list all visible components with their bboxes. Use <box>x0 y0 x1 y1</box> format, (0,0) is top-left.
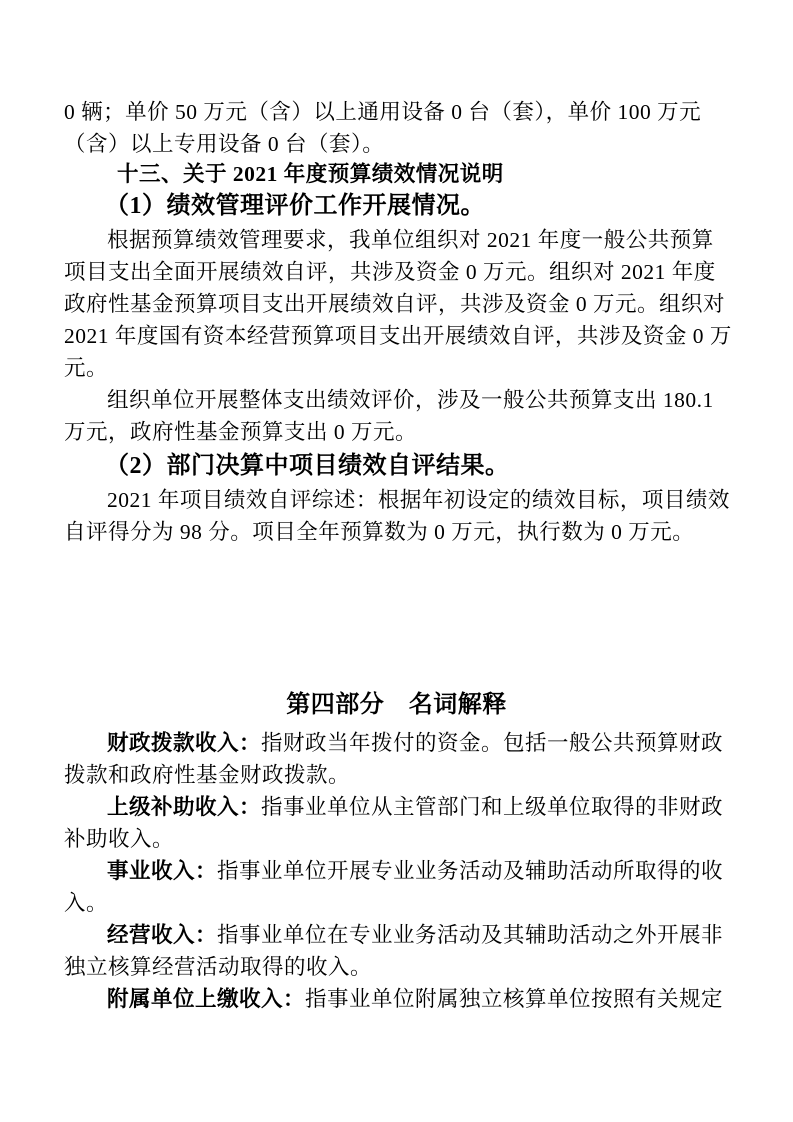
part-4-title: 第四部分 名词解释 <box>64 687 729 723</box>
item-2-heading: （2）部门决算中项目绩效自评结果。 <box>64 448 729 484</box>
body-line: 2021 年项目绩效自评综述：根据年初设定的绩效目标，项目绩效 <box>64 484 729 516</box>
body-line: 2021 年度国有资本经营预算项目支出开展绩效自评，共涉及资金 0 万 <box>64 320 729 352</box>
definition-term: 财政拨款收入： <box>107 731 261 755</box>
definition-term: 事业收入： <box>107 859 217 883</box>
definition-line: 附属单位上缴收入：指事业单位附属独立核算单位按照有关规定 <box>64 983 729 1015</box>
definition-line: 入。 <box>64 887 729 919</box>
body-line: 根据预算绩效管理要求，我单位组织对 2021 年度一般公共预算 <box>64 224 729 256</box>
section-break-gap <box>64 548 729 687</box>
definitions-list: 财政拨款收入：指财政当年拨付的资金。包括一般公共预算财政 拨款和政府性基金财政拨… <box>64 727 729 1015</box>
definition-line: 财政拨款收入：指财政当年拨付的资金。包括一般公共预算财政 <box>64 727 729 759</box>
definition-term: 上级补助收入： <box>107 795 261 819</box>
body-line: 元。 <box>64 352 729 384</box>
definition-text: 指事业单位在专业业务活动及其辅助活动之外开展非 <box>217 923 723 947</box>
body-line: 自评得分为 98 分。项目全年预算数为 0 万元，执行数为 0 万元。 <box>64 516 729 548</box>
section-13-heading: 十三、关于 2021 年度预算绩效情况说明 <box>64 160 729 188</box>
definition-line: 拨款和政府性基金财政拨款。 <box>64 759 729 791</box>
definition-term: 经营收入： <box>107 923 217 947</box>
continuation-line: （含）以上专用设备 0 台（套）。 <box>64 128 729 160</box>
document-page: 0 辆；单价 50 万元（含）以上通用设备 0 台（套），单价 100 万元 （… <box>0 0 793 1122</box>
definition-text: 指事业单位附属独立核算单位按照有关规定 <box>305 987 723 1011</box>
definition-text: 指事业单位从主管部门和上级单位取得的非财政 <box>261 795 723 819</box>
definition-line: 上级补助收入：指事业单位从主管部门和上级单位取得的非财政 <box>64 791 729 823</box>
definition-term: 附属单位上缴收入： <box>107 987 305 1011</box>
body-line: 万元，政府性基金预算支出 0 万元。 <box>64 416 729 448</box>
body-line: 项目支出全面开展绩效自评，共涉及资金 0 万元。组织对 2021 年度 <box>64 256 729 288</box>
definition-text: 指事业单位开展专业业务活动及辅助活动所取得的收 <box>217 859 723 883</box>
continuation-line: 0 辆；单价 50 万元（含）以上通用设备 0 台（套），单价 100 万元 <box>64 96 729 128</box>
page-content: 0 辆；单价 50 万元（含）以上通用设备 0 台（套），单价 100 万元 （… <box>0 0 793 1015</box>
definition-line: 事业收入：指事业单位开展专业业务活动及辅助活动所取得的收 <box>64 855 729 887</box>
definition-text: 指财政当年拨付的资金。包括一般公共预算财政 <box>261 731 723 755</box>
definition-line: 独立核算经营活动取得的收入。 <box>64 951 729 983</box>
definition-line: 补助收入。 <box>64 823 729 855</box>
definition-line: 经营收入：指事业单位在专业业务活动及其辅助活动之外开展非 <box>64 919 729 951</box>
body-line: 组织单位开展整体支出绩效评价，涉及一般公共预算支出 180.1 <box>64 384 729 416</box>
body-line: 政府性基金预算项目支出开展绩效自评，共涉及资金 0 万元。组织对 <box>64 288 729 320</box>
item-1-heading: （1）绩效管理评价工作开展情况。 <box>64 188 729 224</box>
